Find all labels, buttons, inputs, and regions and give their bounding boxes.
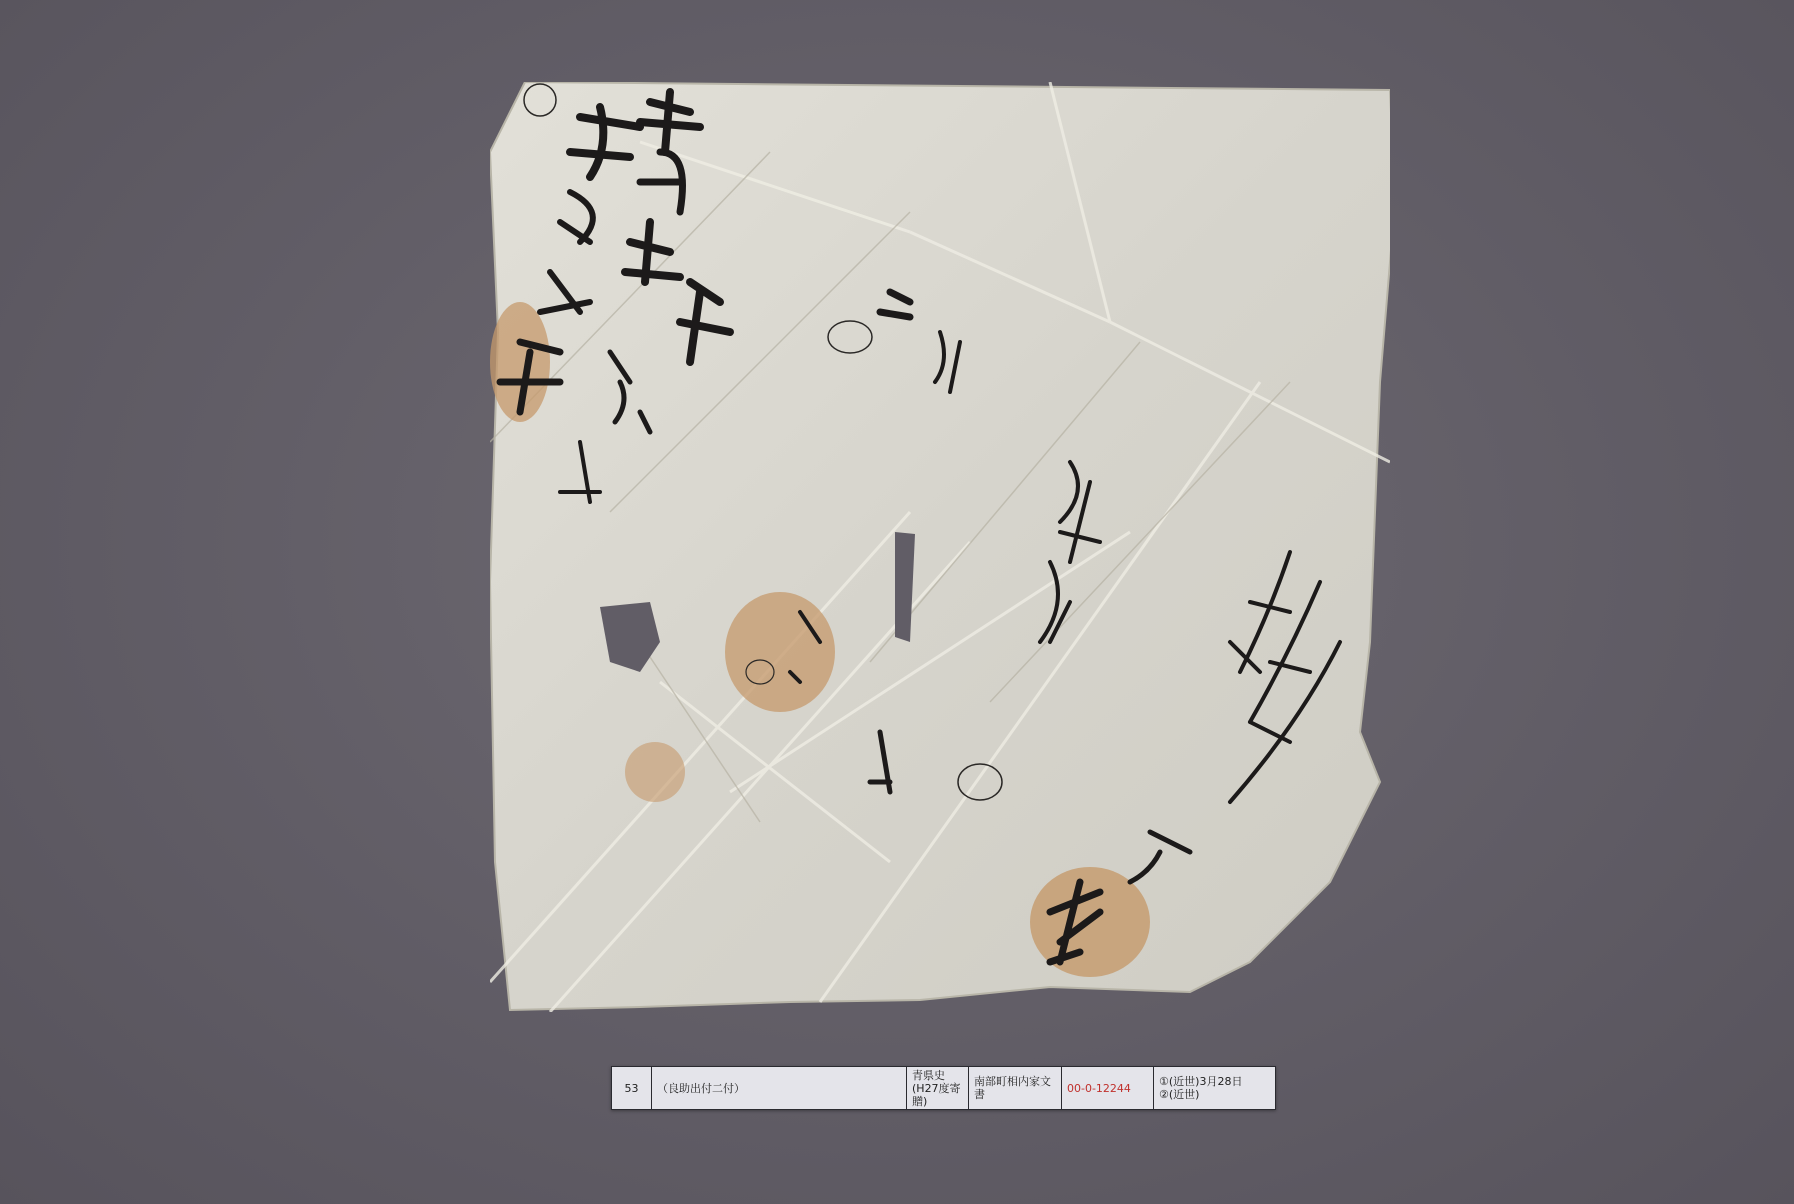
catalog-id: 00-0-12244 [1062,1067,1154,1109]
source-line-2: (H27度寄 [912,1082,961,1095]
source-line-3: 贈) [912,1095,961,1108]
date-line-2: ②(近世) [1159,1088,1199,1101]
document-title: （良助出付二付） [652,1067,907,1109]
catalog-label-strip: 53 （良助出付二付） 青県史 (H27度寄 贈) 南部町相内家文書 00-0-… [611,1066,1276,1110]
document-photograph [0,0,1794,1204]
collection-name: 南部町相内家文書 [969,1067,1062,1109]
source-note: 青県史 (H27度寄 贈) [907,1067,969,1109]
old-handwritten-document [490,82,1390,1012]
item-number: 53 [612,1067,652,1109]
date-line-1: ①(近世)3月28日 [1159,1075,1242,1088]
date-info: ①(近世)3月28日 ②(近世) [1154,1067,1275,1109]
source-line-1: 青県史 [912,1069,961,1082]
